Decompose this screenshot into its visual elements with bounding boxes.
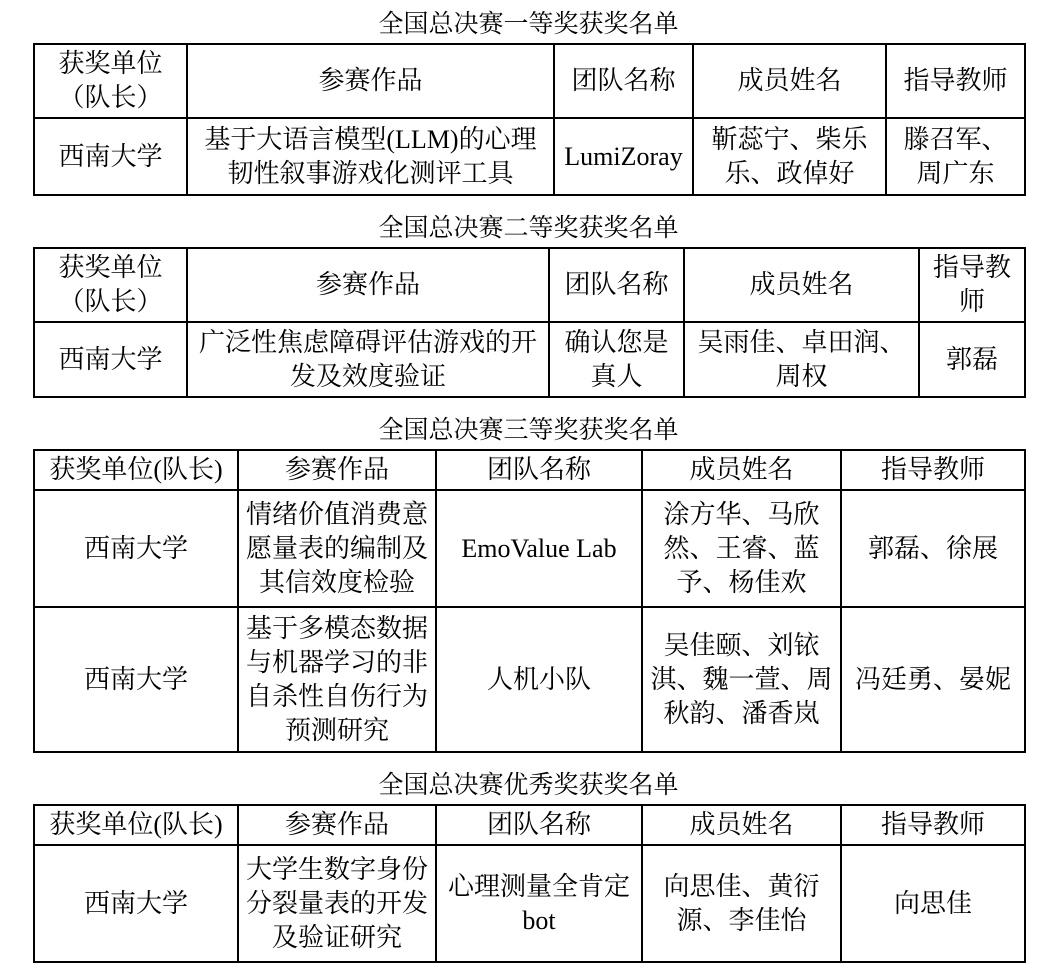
column-header: 获奖单位（队长） (34, 248, 187, 322)
table-cell: 人机小队 (436, 607, 642, 752)
header-row: 获奖单位（队长）参赛作品团队名称成员姓名指导教师 (34, 248, 1025, 322)
column-header: 成员姓名 (642, 450, 841, 490)
table-cell: 冯廷勇、晏妮 (841, 607, 1025, 752)
column-header: 指导教师 (841, 450, 1025, 490)
table-cell: 西南大学 (34, 118, 187, 195)
column-header: 团队名称 (436, 805, 642, 845)
column-header: 团队名称 (549, 248, 684, 322)
table-cell: 情绪价值消费意愿量表的编制及其信效度检验 (238, 490, 436, 607)
award-section-first-prize: 全国总决赛一等奖获奖名单 获奖单位（队长）参赛作品团队名称成员姓名指导教师西南大… (33, 12, 1024, 196)
column-header: 指导教师 (886, 44, 1025, 118)
column-header: 参赛作品 (187, 44, 554, 118)
table-cell: 吴佳颐、刘铱淇、魏一萱、周秋韵、潘香岚 (642, 607, 841, 752)
awards-table-first-prize: 获奖单位（队长）参赛作品团队名称成员姓名指导教师西南大学基于大语言模型(LLM)… (33, 43, 1026, 196)
award-section-second-prize: 全国总决赛二等奖获奖名单 获奖单位（队长）参赛作品团队名称成员姓名指导教师西南大… (33, 216, 1024, 398)
column-header: 团队名称 (554, 44, 693, 118)
table-cell: 西南大学 (34, 322, 187, 397)
table-row: 西南大学大学生数字身份分裂量表的开发及验证研究心理测量全肯定bot向思佳、黄衍源… (34, 845, 1025, 962)
table-cell: 郭磊、徐展 (841, 490, 1025, 607)
award-section-excellence: 全国总决赛优秀奖获奖名单 获奖单位(队长)参赛作品团队名称成员姓名指导教师西南大… (33, 773, 1024, 963)
table-title-excellence: 全国总决赛优秀奖获奖名单 (33, 773, 1024, 799)
column-header: 指导教师 (919, 248, 1025, 322)
table-cell: 西南大学 (34, 845, 238, 962)
header-row: 获奖单位(队长)参赛作品团队名称成员姓名指导教师 (34, 805, 1025, 845)
table-title-second-prize: 全国总决赛二等奖获奖名单 (33, 216, 1024, 242)
table-cell: 西南大学 (34, 490, 238, 607)
column-header: 团队名称 (436, 450, 642, 490)
column-header: 成员姓名 (642, 805, 841, 845)
column-header: 指导教师 (841, 805, 1025, 845)
table-cell: 向思佳、黄衍源、李佳怡 (642, 845, 841, 962)
table-cell: 向思佳 (841, 845, 1025, 962)
column-header: 获奖单位(队长) (34, 450, 238, 490)
table-cell: 确认您是真人 (549, 322, 684, 397)
table-title-first-prize: 全国总决赛一等奖获奖名单 (33, 12, 1024, 38)
table-cell: 靳蕊宁、柴乐乐、政倬好 (693, 118, 886, 195)
table-cell: EmoValue Lab (436, 490, 642, 607)
table-cell: LumiZoray (554, 118, 693, 195)
table-cell: 广泛性焦虑障碍评估游戏的开发及效度验证 (187, 322, 549, 397)
table-cell: 滕召军、周广东 (886, 118, 1025, 195)
column-header: 参赛作品 (238, 805, 436, 845)
column-header: 参赛作品 (238, 450, 436, 490)
table-cell: 吴雨佳、卓田润、周权 (684, 322, 919, 397)
header-row: 获奖单位(队长)参赛作品团队名称成员姓名指导教师 (34, 450, 1025, 490)
table-cell: 郭磊 (919, 322, 1025, 397)
document-page: 全国总决赛一等奖获奖名单 获奖单位（队长）参赛作品团队名称成员姓名指导教师西南大… (33, 12, 1024, 963)
table-cell: 基于多模态数据与机器学习的非自杀性自伤行为预测研究 (238, 607, 436, 752)
table-cell: 涂方华、马欣然、王睿、蓝予、杨佳欢 (642, 490, 841, 607)
column-header: 获奖单位（队长） (34, 44, 187, 118)
column-header: 成员姓名 (684, 248, 919, 322)
awards-table-second-prize: 获奖单位（队长）参赛作品团队名称成员姓名指导教师西南大学广泛性焦虑障碍评估游戏的… (33, 247, 1026, 398)
awards-table-third-prize: 获奖单位(队长)参赛作品团队名称成员姓名指导教师西南大学情绪价值消费意愿量表的编… (33, 449, 1026, 753)
table-cell: 大学生数字身份分裂量表的开发及验证研究 (238, 845, 436, 962)
table-title-third-prize: 全国总决赛三等奖获奖名单 (33, 418, 1024, 444)
table-row: 西南大学基于大语言模型(LLM)的心理韧性叙事游戏化测评工具LumiZoray靳… (34, 118, 1025, 195)
table-row: 西南大学基于多模态数据与机器学习的非自杀性自伤行为预测研究人机小队吴佳颐、刘铱淇… (34, 607, 1025, 752)
table-cell: 心理测量全肯定bot (436, 845, 642, 962)
header-row: 获奖单位（队长）参赛作品团队名称成员姓名指导教师 (34, 44, 1025, 118)
table-cell: 基于大语言模型(LLM)的心理韧性叙事游戏化测评工具 (187, 118, 554, 195)
table-row: 西南大学情绪价值消费意愿量表的编制及其信效度检验EmoValue Lab涂方华、… (34, 490, 1025, 607)
column-header: 参赛作品 (187, 248, 549, 322)
table-row: 西南大学广泛性焦虑障碍评估游戏的开发及效度验证确认您是真人吴雨佳、卓田润、周权郭… (34, 322, 1025, 397)
column-header: 成员姓名 (693, 44, 886, 118)
column-header: 获奖单位(队长) (34, 805, 238, 845)
table-cell: 西南大学 (34, 607, 238, 752)
award-section-third-prize: 全国总决赛三等奖获奖名单 获奖单位(队长)参赛作品团队名称成员姓名指导教师西南大… (33, 418, 1024, 753)
awards-table-excellence: 获奖单位(队长)参赛作品团队名称成员姓名指导教师西南大学大学生数字身份分裂量表的… (33, 804, 1026, 963)
